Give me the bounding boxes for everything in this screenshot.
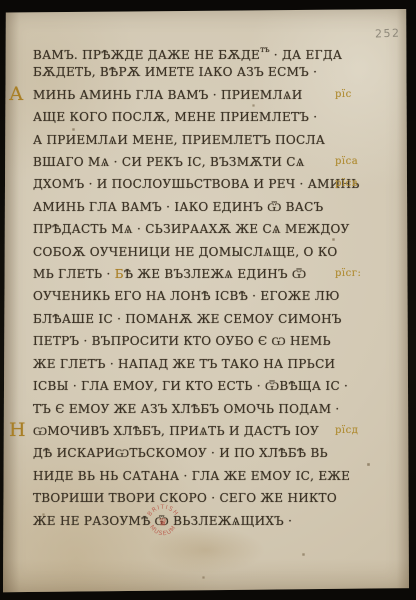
line-text: ДХОМЪ · И ПОСЛОУШЬСТВОВА И РЕЧ · АМИНЬ [33,177,360,191]
manuscript-line: НИДЕ ВЬ НЬ САТАНА · ГЛА ЖЕ ЕМОУ ІС, ЕЖЕ [33,465,357,487]
line-text: СОБОѪ ОУЧЕНИЦИ НЕ ДОМЫСЛѦЩЕ, О КО [33,245,338,259]
line-text: ЖЕ ГЛЕТЪ · НАПАД ЖЕ ТЪ ТАКО НА ПРЬСИ [33,357,335,371]
line-text: ВШАГО МѦ · СИ РЕКЪ ІС, ВЪЗМѪТИ СѦ [33,155,305,169]
parchment-specks [3,9,4,10]
manuscript-page: 252 ВАМЪ. ПРѢЖДЕ ДАЖЕ НЕ БѪДЕтъ · ДА ЕГД… [3,9,409,594]
manuscript-line: МЬ ГЛЕТЬ · БѢ ЖЕ ВЪЗЛЕЖѦ ЕДИНЪ Ѿрїсг: [33,263,357,285]
stamp-top-label: BRITISH [147,505,179,518]
margin-section-number: рїсг: [335,266,361,282]
illuminated-initial: А [9,83,24,105]
manuscript-line: НѠМОЧИВЪ ХЛѢБЪ, ПРИѦТЬ И ДАСТЪ ІОУрїсд [33,420,357,442]
line-text: Ѣ ЖЕ ВЪЗЛЕЖѦ ЕДИНЪ Ѿ [124,267,306,281]
margin-section-number: рїсд [335,423,358,439]
manuscript-line: АМИНЬ АМИНЬ ГЛА ВАМЪ · ПРИЕМЛѦИрїс [33,84,357,106]
line-text: ѠМОЧИВЪ ХЛѢБЪ, ПРИѦТЬ И ДАСТЪ ІОУ [33,424,319,438]
line-text: МИНЬ АМИНЬ ГЛА ВАМЪ · ПРИЕМЛѦИ [33,88,303,102]
line-text: ТЪ Є ЕМОУ ЖЕ АЗЪ ХЛѢБЪ ОМОЧЬ ПОДАМ · [33,402,340,416]
manuscript-line: ПРѢДАСТЬ МѦ · СЬЗИРААХѪ ЖЕ СѦ МЕЖДОУ [33,218,357,240]
manuscript-line: ДХОМЪ · И ПОСЛОУШЬСТВОВА И РЕЧ · АМИНЬрї… [33,173,357,195]
manuscript-line: ЖЕ НЕ РАЗОУМѢ Ѿ ВЬЗЛЕЖѦЩИХЪ · [33,510,357,532]
margin-section-number: рїса [335,154,358,170]
line-text: ІСВЫ · ГЛА ЕМОУ, ГИ КТО ЕСТЬ · ѾВѢЩА ІС … [33,379,348,393]
line-text: НИДЕ ВЬ НЬ САТАНА · ГЛА ЖЕ ЕМОУ ІС, ЕЖЕ [33,469,350,483]
stamp-svg: BRITISH MUSEUM ♛ · · [144,503,182,541]
stamp-left-dot: · [149,520,151,526]
manuscript-line: АМИНЬ ГЛА ВАМЪ · ІАКО ЕДИНЪ Ѿ ВАСЪ [33,196,357,218]
manuscript-line: ТВОРИШИ ТВОРИ СКОРО · СЕГО ЖЕ НИКТО [33,487,357,509]
line-text: ПРѢДАСТЬ МѦ · СЬЗИРААХѪ ЖЕ СѦ МЕЖДОУ [33,222,350,236]
line-text: МЬ ГЛЕТЬ · [33,267,115,281]
manuscript-line: ПЕТРЪ · ВЪПРОСИТИ КТО ОУБО Є Ѡ НЕМЬ [33,330,357,352]
line-text: А ПРИЕМЛѦИ МЕНЕ, ПРИЕМЛЕТЪ ПОСЛА [33,133,325,147]
illuminated-initial: Н [9,419,26,441]
manuscript-line: БѪДЕТЬ, ВѢРѪ ИМЕТЕ ІАКО АЗЪ ЕСМЪ · [33,61,357,83]
manuscript-line: ІСВЫ · ГЛА ЕМОУ, ГИ КТО ЕСТЬ · ѾВѢЩА ІС … [33,375,357,397]
margin-section-number: рїс [335,87,352,103]
manuscript-line: А ПРИЕМЛѦИ МЕНЕ, ПРИЕМЛЕТЪ ПОСЛА [33,129,357,151]
manuscript-line: СОБОѪ ОУЧЕНИЦИ НЕ ДОМЫСЛѦЩЕ, О КО [33,241,357,263]
line-text: ТВОРИШИ ТВОРИ СКОРО · СЕГО ЖЕ НИКТО [33,491,337,505]
line-text: ДѢ ИСКАРИѠТЬСКОМОУ · И ПО ХЛѢБѢ ВЬ [33,446,328,460]
svg-text:BRITISH: BRITISH [147,505,179,518]
line-text: тъ [260,45,270,54]
margin-section-number: рїсв [335,176,358,192]
line-text: БѪДЕТЬ, ВѢРѪ ИМЕТЕ ІАКО АЗЪ ЕСМЪ · [33,65,317,79]
line-text: БЛѢАШЕ ІС · ПОМАНѪ ЖЕ СЕМОУ СИМОНЪ [33,312,342,326]
line-text: ВАМЪ. ПРѢЖДЕ ДАЖЕ НЕ БѪДЕ [33,48,260,62]
line-text: АЩЕ КОГО ПОСЛѪ, МЕНЕ ПРИЕМЛЕТЪ · [33,110,317,124]
manuscript-line: ВШАГО МѦ · СИ РЕКЪ ІС, ВЪЗМѪТИ СѦрїса [33,151,357,173]
line-text: АМИНЬ ГЛА ВАМЪ · ІАКО ЕДИНЪ Ѿ ВАСЪ [33,200,324,214]
manuscript-line: ДѢ ИСКАРИѠТЬСКОМОУ · И ПО ХЛѢБѢ ВЬ [33,442,357,464]
manuscript-line: ОУЧЕНИКЬ ЕГО НА ЛОНѢ ІСВѢ · ЕГОЖЕ ЛЮ [33,285,357,307]
manuscript-line: АЩЕ КОГО ПОСЛѪ, МЕНЕ ПРИЕМЛЕТЪ · [33,106,357,128]
crown-icon: ♛ [158,517,167,529]
manuscript-line: ВАМЪ. ПРѢЖДЕ ДАЖЕ НЕ БѪДЕтъ · ДА ЕГДА [33,39,357,61]
folio-number: 252 [375,27,401,41]
text-block: ВАМЪ. ПРѢЖДЕ ДАЖЕ НЕ БѪДЕтъ · ДА ЕГДАБѪД… [33,39,357,532]
manuscript-line: ЖЕ ГЛЕТЪ · НАПАД ЖЕ ТЪ ТАКО НА ПРЬСИ [33,353,357,375]
manuscript-line: БЛѢАШЕ ІС · ПОМАНѪ ЖЕ СЕМОУ СИМОНЪ [33,308,357,330]
line-text: ОУЧЕНИКЬ ЕГО НА ЛОНѢ ІСВѢ · ЕГОЖЕ ЛЮ [33,289,340,303]
stamp-right-dot: · [175,520,177,526]
manuscript-photo-background: 252 ВАМЪ. ПРѢЖДЕ ДАЖЕ НЕ БѪДЕтъ · ДА ЕГД… [0,0,416,600]
line-text: · ДА ЕГДА [270,48,343,62]
gold-letter: Б [115,267,124,281]
line-text: ПЕТРЪ · ВЪПРОСИТИ КТО ОУБО Є Ѡ НЕМЬ [33,334,331,348]
british-museum-stamp: BRITISH MUSEUM ♛ · · [144,503,182,541]
manuscript-line: ТЪ Є ЕМОУ ЖЕ АЗЪ ХЛѢБЪ ОМОЧЬ ПОДАМ · [33,398,357,420]
